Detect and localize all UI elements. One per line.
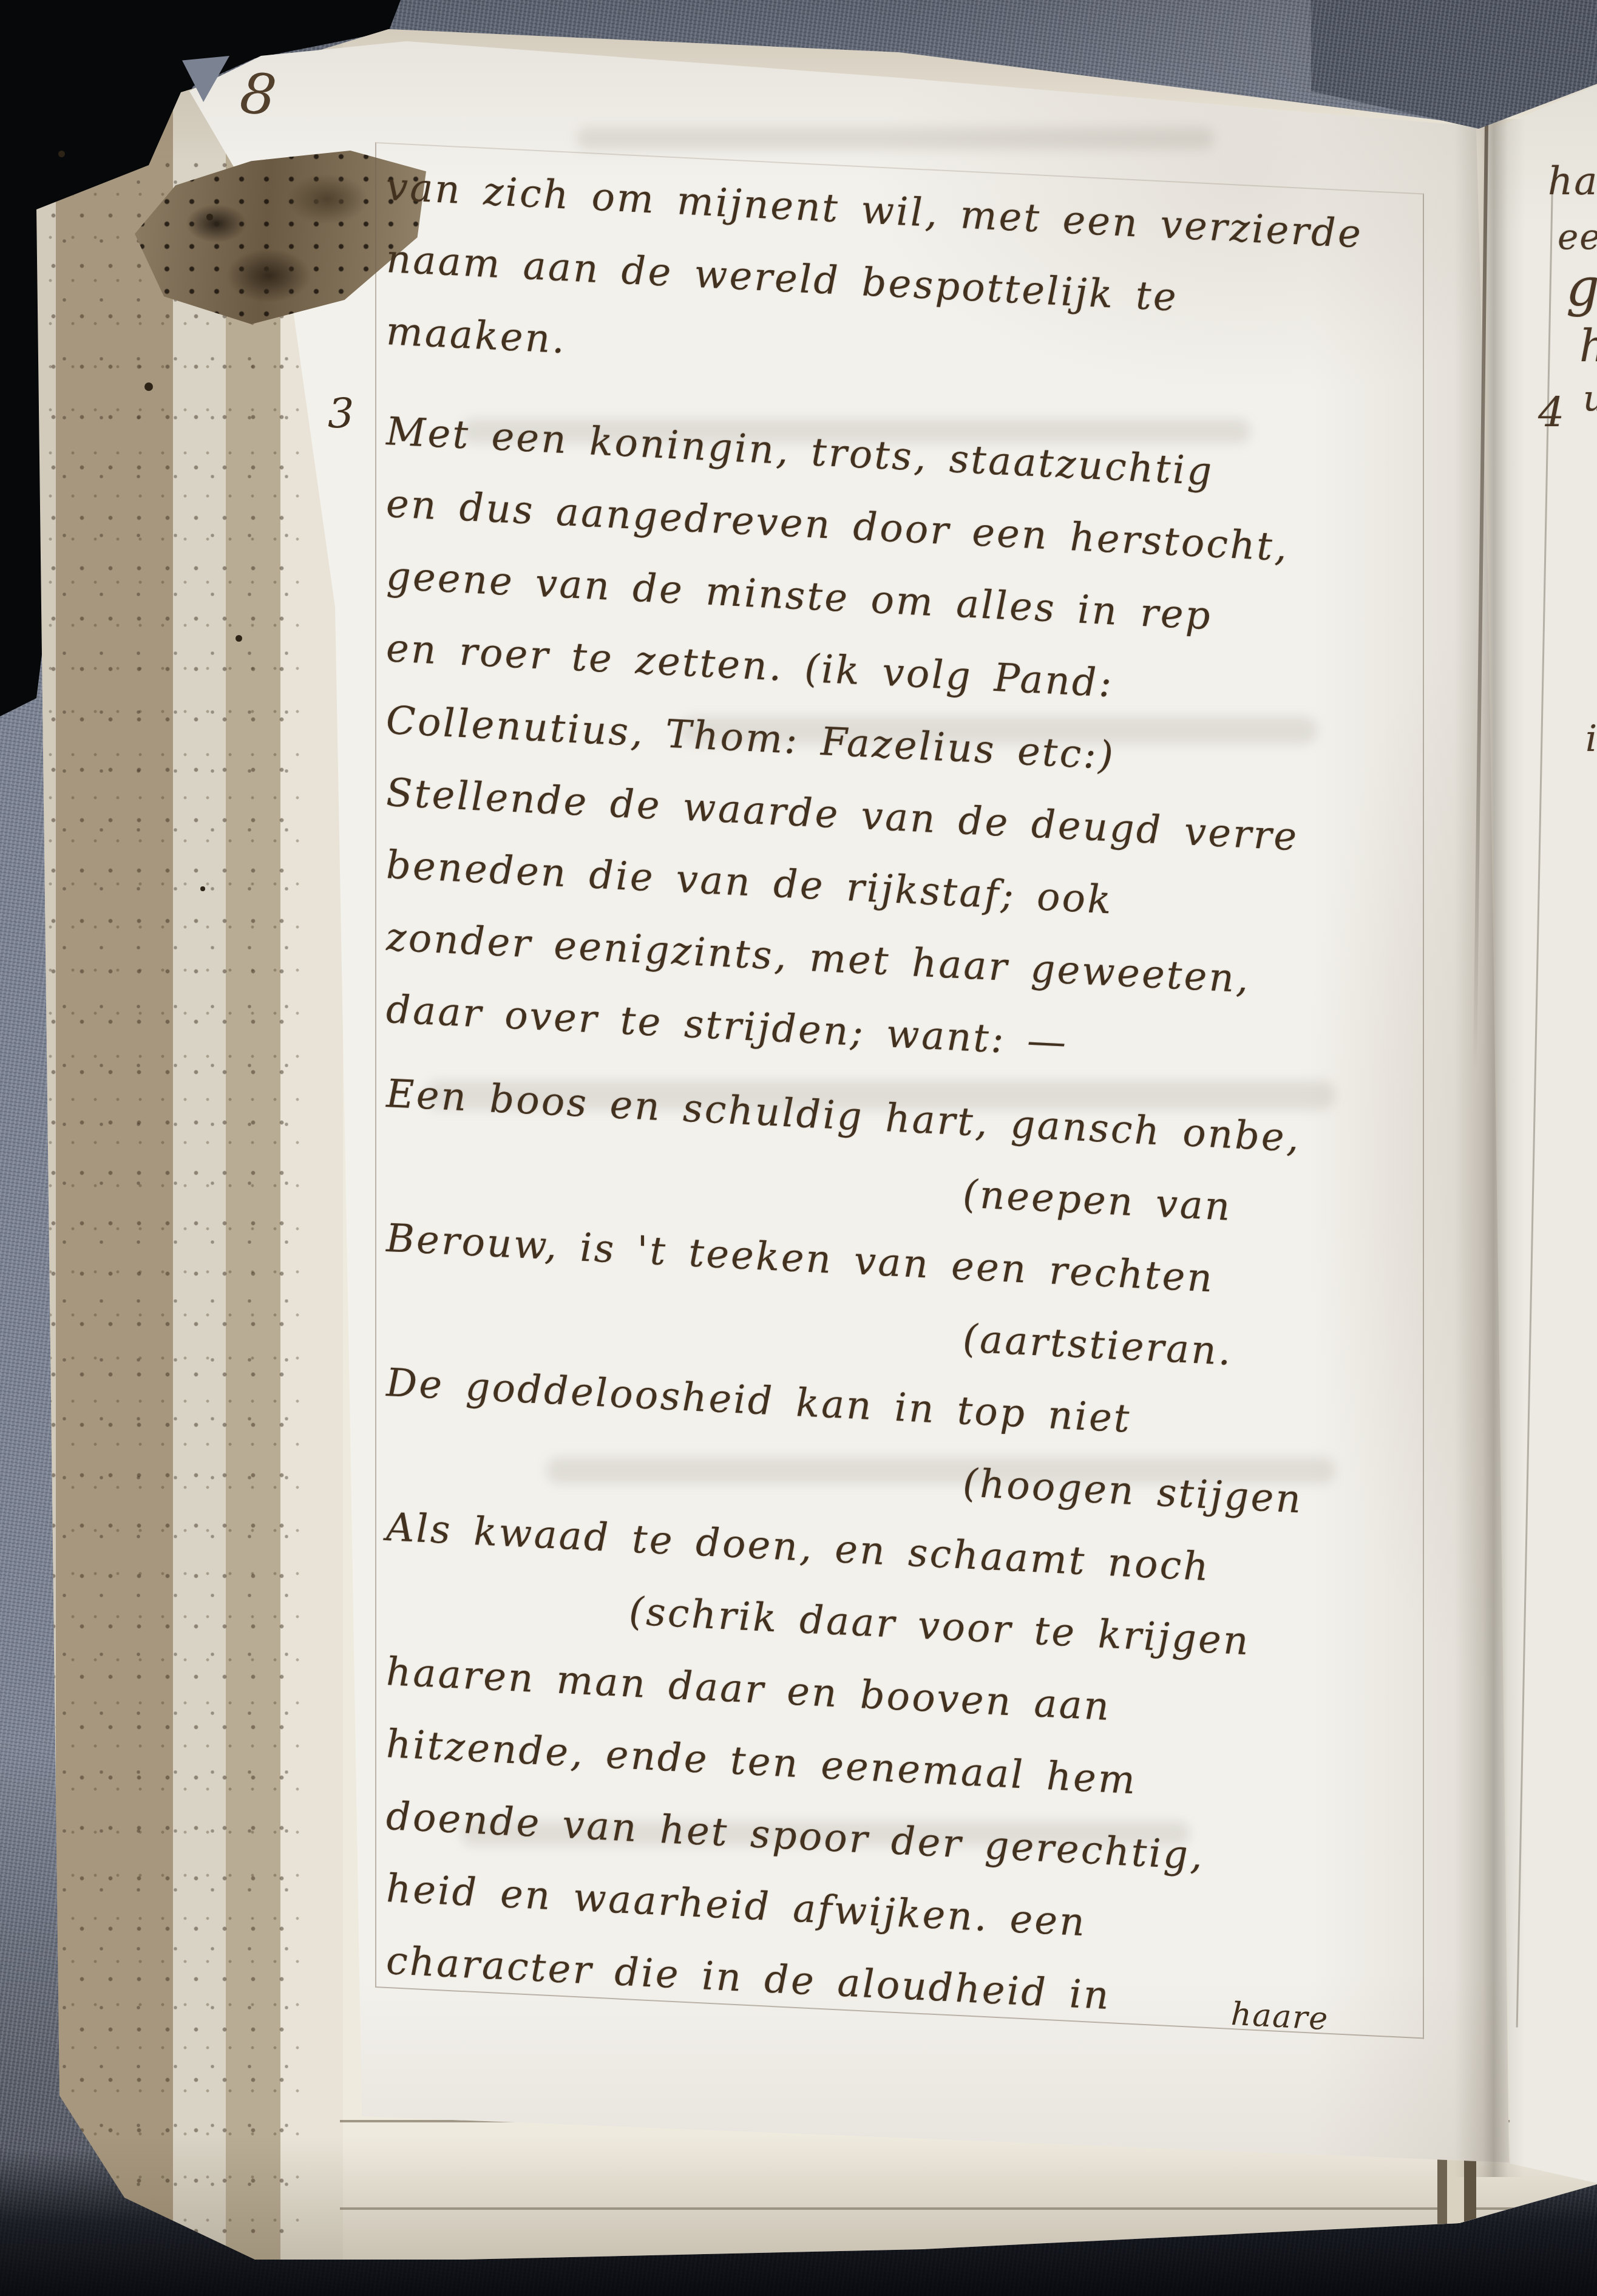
next-page-fragment: ee bbox=[1558, 216, 1597, 257]
catchword: haare bbox=[1230, 1999, 1330, 2035]
ink-speck bbox=[236, 635, 242, 642]
next-page-margin-number: 4 bbox=[1538, 389, 1565, 436]
ruled-frame: van zich om mijnent wil, met een verzier… bbox=[375, 142, 1424, 2039]
ink-speck bbox=[206, 214, 213, 220]
margin-number: 3 bbox=[328, 393, 354, 435]
next-page-fragment: ha bbox=[1548, 159, 1597, 204]
photo-canvas: 8 3 van zich om mijnent wil, met een ver… bbox=[0, 0, 1597, 2296]
page-number: 8 bbox=[237, 65, 279, 124]
show-through-stain bbox=[577, 127, 1214, 149]
ink-speck bbox=[200, 886, 205, 891]
next-page-fragment: u bbox=[1583, 378, 1597, 419]
ink-speck bbox=[58, 151, 65, 157]
next-page-fragment: i bbox=[1585, 718, 1597, 760]
next-page-fragment: g bbox=[1566, 257, 1597, 318]
ink-speck bbox=[144, 382, 153, 391]
gutter-shadow bbox=[1454, 119, 1525, 2177]
next-page-fragment: h bbox=[1579, 321, 1597, 372]
page-edge-speckles bbox=[47, 158, 302, 2240]
